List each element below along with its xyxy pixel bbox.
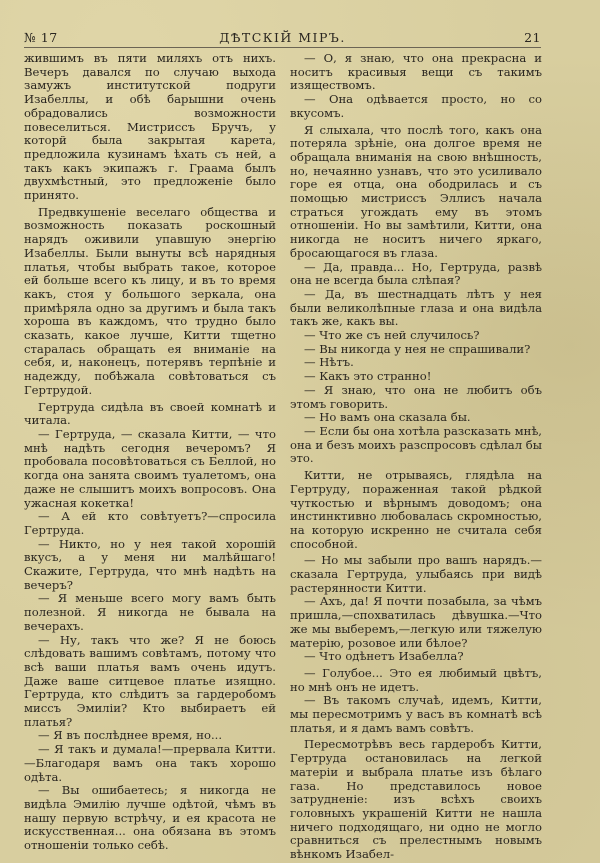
page-number: 21 bbox=[524, 30, 541, 45]
right-column: — О, я знаю, что она прекрасна и носитъ … bbox=[290, 52, 542, 862]
paragraph: — Да, въ шестнадцать лѣтъ у нея были вел… bbox=[290, 288, 542, 329]
paragraph: — Что одѣнетъ Изабелла? bbox=[290, 650, 542, 664]
paragraph: — Никто, но у нея такой хорошій вкусъ, а… bbox=[24, 538, 276, 593]
page-header: № 17 ДѢТСКІЙ МІРЪ. 21 bbox=[24, 26, 541, 46]
paragraph: жившимъ въ пяти миляхъ отъ нихъ. Вечеръ … bbox=[24, 52, 276, 203]
journal-title: ДѢТСКІЙ МІРЪ. bbox=[24, 30, 541, 45]
paragraph: — Какъ это странно! bbox=[290, 370, 542, 384]
paragraph: Китти, не отрываясь, глядѣла на Гертруду… bbox=[290, 469, 542, 551]
paragraph: — Я меньше всего могу вамъ быть полезной… bbox=[24, 592, 276, 633]
paragraph: — Но мы забыли про вашъ нарядъ.—сказала … bbox=[290, 554, 542, 595]
paragraph: — Да, правда... Но, Гертруда, развѣ она … bbox=[290, 261, 542, 288]
paragraph: — Но вамъ она сказала бы. bbox=[290, 411, 542, 425]
paragraph: — Нѣтъ. bbox=[290, 356, 542, 370]
paragraph: — Ну, такъ что же? Я не боюсь слѣдовать … bbox=[24, 634, 276, 730]
left-column: жившимъ въ пяти миляхъ отъ нихъ. Вечеръ … bbox=[24, 52, 276, 853]
paragraph: Я слыхала, что послѣ того, какъ она поте… bbox=[290, 124, 542, 261]
magazine-page: № 17 ДѢТСКІЙ МІРЪ. 21 жившимъ въ пяти ми… bbox=[0, 0, 600, 863]
paragraph: Пересмотрѣвъ весь гардеробъ Китти, Гертр… bbox=[290, 738, 542, 861]
paragraph: — Вы никогда у нея не спрашивали? bbox=[290, 343, 542, 357]
paragraph: — Въ такомъ случаѣ, идемъ, Китти, мы пер… bbox=[290, 694, 542, 735]
paragraph: Гертруда сидѣла въ своей комнатѣ и читал… bbox=[24, 401, 276, 428]
paragraph: — О, я знаю, что она прекрасна и носитъ … bbox=[290, 52, 542, 93]
paragraph: — Гертруда, — сказала Китти, — что мнѣ н… bbox=[24, 428, 276, 510]
paragraph: — А ей кто совѣтуетъ?—спросила Гертруда. bbox=[24, 510, 276, 537]
paragraph: — Я въ послѣднее время, но... bbox=[24, 729, 276, 743]
header-rule bbox=[24, 47, 541, 48]
paragraph: — Голубое... Это ея любимый цвѣтъ, но мн… bbox=[290, 667, 542, 694]
paragraph: — Что же съ ней случилось? bbox=[290, 329, 542, 343]
paragraph: — Я такъ и думала!—прервала Китти.—Благо… bbox=[24, 743, 276, 784]
paragraph: — Вы ошибаетесь; я никогда не видѣла Эми… bbox=[24, 784, 276, 853]
paragraph: Предвкушеніе веселаго общества и возможн… bbox=[24, 206, 276, 398]
paragraph: — Ахъ, да! Я почти позабыла, за чѣмъ при… bbox=[290, 595, 542, 650]
paragraph: — Я знаю, что она не любитъ объ этомъ го… bbox=[290, 384, 542, 411]
paragraph: — Если бы она хотѣла разсказать мнѣ, она… bbox=[290, 425, 542, 466]
paragraph: — Она одѣвается просто, но со вкусомъ. bbox=[290, 93, 542, 120]
